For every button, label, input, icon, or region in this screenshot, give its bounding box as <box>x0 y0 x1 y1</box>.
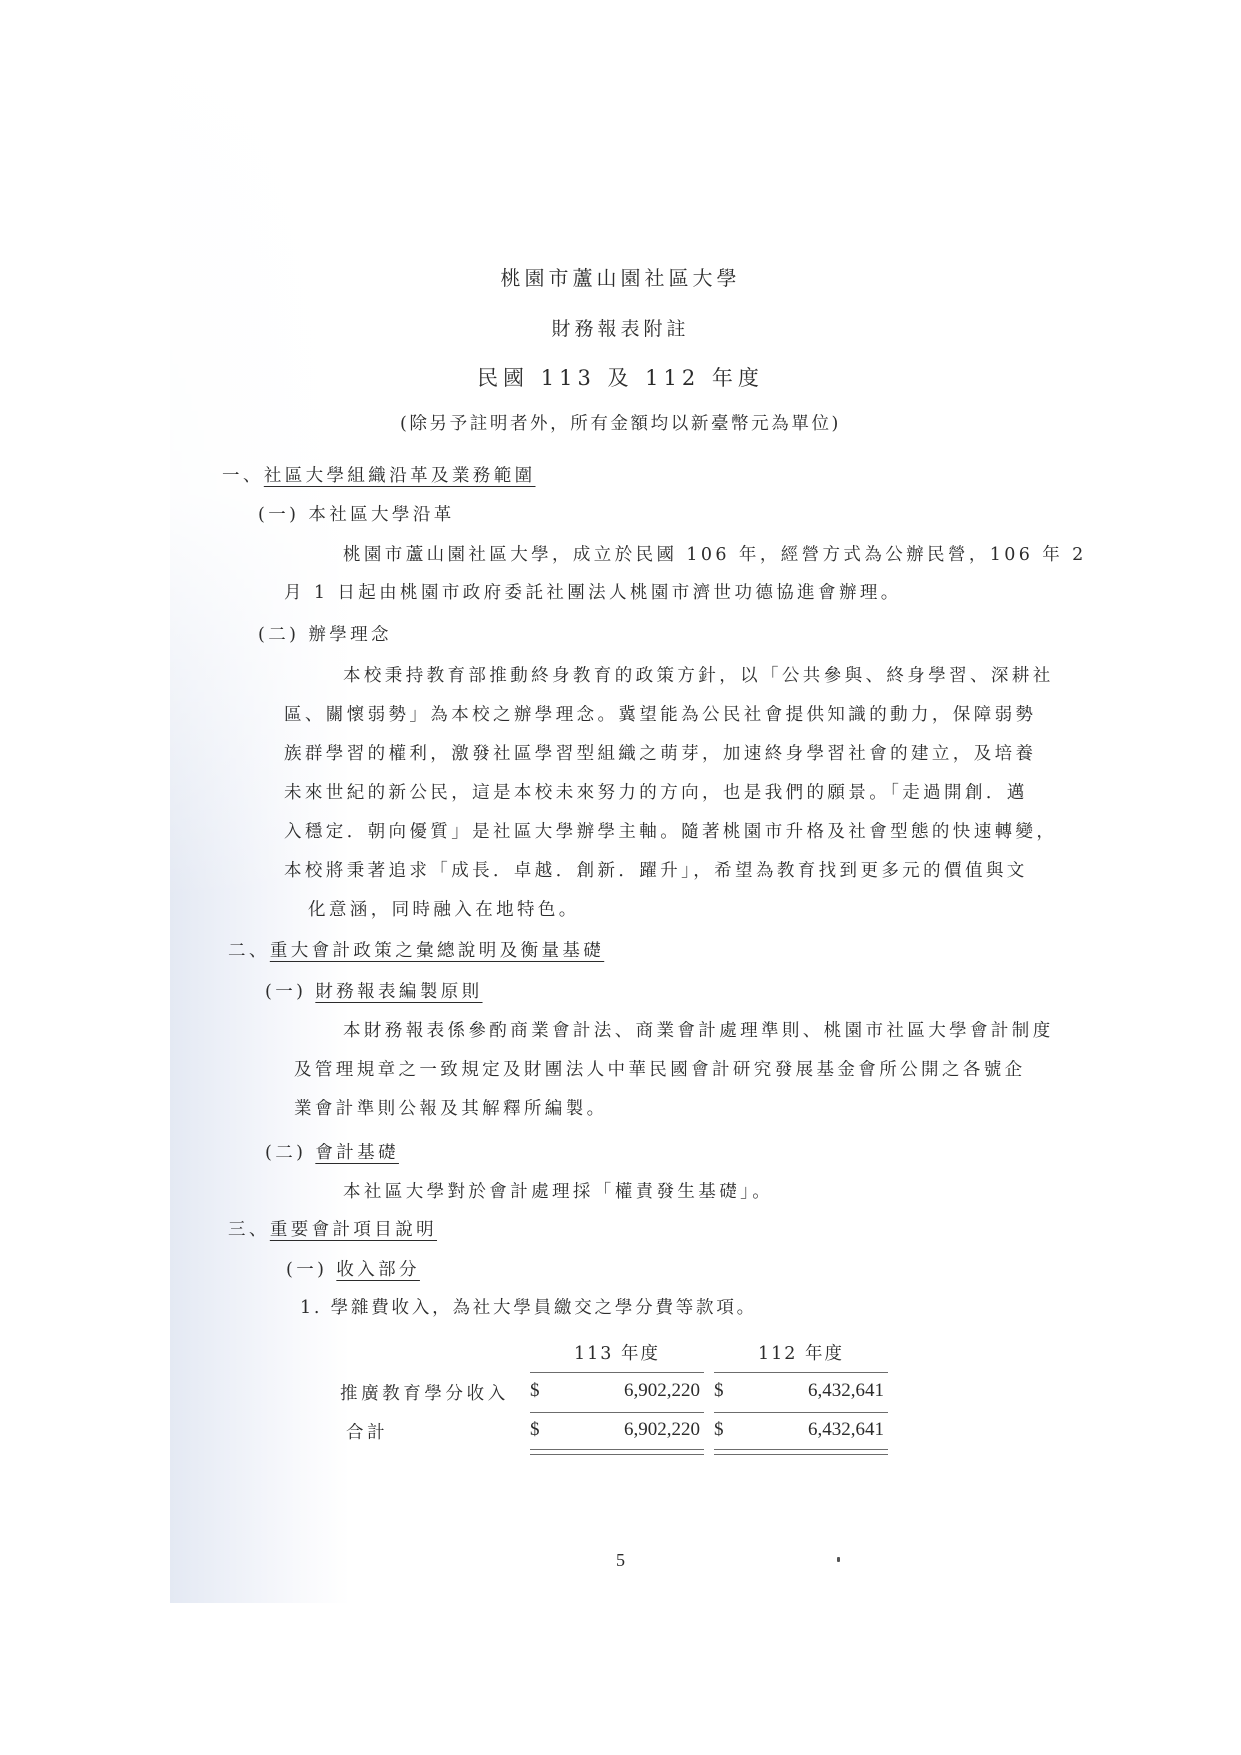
paragraph-line: 本校將秉著追求「成長．卓越．創新．躍升」，希望為教育找到更多元的價值與文 <box>284 859 1028 883</box>
paragraph-line: 本財務報表係參酌商業會計法、商業會計處理準則、桃園市社區大學會計制度 <box>343 1019 1054 1043</box>
paragraph-line: 及管理規章之一致規定及財團法人中華民國會計研究發展基金會所公開之各號企 <box>294 1058 1026 1082</box>
section-title: 重要會計項目說明 <box>270 1220 437 1240</box>
table-cell: $ 6,902,220 <box>530 1419 700 1443</box>
paragraph-line: 化意涵，同時融入在地特色。 <box>308 898 580 922</box>
subsection-title: 辦學理念 <box>308 625 392 645</box>
section-heading-1: 一、社區大學組織沿革及業務範圍 <box>222 464 536 488</box>
paragraph-line: 月 1 日起由桃園市政府委託社團法人桃園市濟世功德協進會辦理。 <box>284 581 902 605</box>
section-number: 一、 <box>222 466 264 486</box>
table-cell: $ 6,902,220 <box>530 1380 700 1404</box>
amount-value: 6,432,641 <box>808 1419 884 1441</box>
row-label-total: 合計 <box>346 1419 388 1444</box>
table-cell: $ 6,432,641 <box>714 1419 884 1443</box>
paragraph-line: 業會計準則公報及其解釋所編製。 <box>294 1097 608 1121</box>
subsection-heading-2-2: (二) 會計基礎 <box>265 1141 399 1165</box>
amount-value: 6,432,641 <box>808 1380 884 1402</box>
document-title: 財務報表附註 <box>0 314 1241 341</box>
row-label: 推廣教育學分收入 <box>340 1380 509 1405</box>
subsection-heading-3-1: (一) 收入部分 <box>286 1258 420 1282</box>
section-number: 二、 <box>228 941 270 961</box>
paragraph-line: 入穩定．朝向優質」是社區大學辦學主軸。隨著桃園市升格及社會型態的快速轉變， <box>284 820 1057 844</box>
subsection-title: 會計基礎 <box>315 1143 399 1163</box>
subsection-number: (一) <box>258 505 299 525</box>
section-title: 社區大學組織沿革及業務範圍 <box>264 466 536 486</box>
currency-symbol: $ <box>530 1419 540 1441</box>
subsection-title: 收入部分 <box>336 1260 420 1280</box>
paragraph-line: 桃園市蘆山園社區大學，成立於民國 106 年，經營方式為公辦民營，106 年 2 <box>343 543 1087 567</box>
section-heading-3: 三、重要會計項目說明 <box>228 1218 437 1242</box>
list-item: 1. 學雜費收入，為社大學員繳交之學分費等款項。 <box>300 1296 757 1320</box>
amount-value: 6,902,220 <box>624 1419 700 1441</box>
organization-title: 桃園市蘆山園社區大學 <box>0 262 1241 291</box>
paragraph-line: 族群學習的權利，激發社區學習型組織之萌芽，加速終身學習社會的建立，及培養 <box>284 742 1036 766</box>
currency-symbol: $ <box>714 1380 724 1402</box>
subsection-number: (二) <box>265 1143 306 1163</box>
subsection-heading-1-2: (二) 辦學理念 <box>258 623 392 647</box>
currency-symbol: $ <box>714 1419 724 1441</box>
section-heading-2: 二、重大會計政策之彙總說明及衡量基礎 <box>228 939 604 963</box>
section-number: 三、 <box>228 1220 270 1240</box>
page-number: 5 <box>0 1550 1241 1571</box>
subsection-heading-2-1: (一) 財務報表編製原則 <box>265 980 483 1004</box>
column-header: 112 年度 <box>714 1340 888 1365</box>
paragraph-line: 未來世紀的新公民，這是本校未來努力的方向，也是我們的願景。「走過開創．邁 <box>284 781 1028 805</box>
scan-speck <box>837 1557 840 1562</box>
paragraph-line: 本校秉持教育部推動終身教育的政策方針，以「公共參與、終身學習、深耕社 <box>343 664 1054 688</box>
table-cell: $ 6,432,641 <box>714 1380 884 1404</box>
amount-value: 6,902,220 <box>624 1380 700 1402</box>
paragraph-line: 本社區大學對於會計處理採「權責發生基礎」。 <box>343 1180 773 1204</box>
subsection-number: (一) <box>265 982 306 1002</box>
total-double-rule <box>530 1449 704 1455</box>
period-title: 民國 113 及 112 年度 <box>0 362 1241 392</box>
total-double-rule <box>714 1449 888 1455</box>
subsection-title: 本社區大學沿革 <box>308 505 454 525</box>
subsection-number: (二) <box>258 625 299 645</box>
paragraph-line: 區、關懷弱勢」為本校之辦學理念。冀望能為公民社會提供知識的動力，保障弱勢 <box>284 703 1036 727</box>
subsection-heading-1-1: (一) 本社區大學沿革 <box>258 503 455 527</box>
column-header: 113 年度 <box>530 1340 704 1365</box>
row-rule <box>714 1412 888 1413</box>
row-rule <box>530 1412 704 1413</box>
header-rule <box>530 1372 704 1373</box>
unit-note: (除另予註明者外，所有金額均以新臺幣元為單位) <box>0 410 1241 435</box>
header-rule <box>714 1372 888 1373</box>
subsection-title: 財務報表編製原則 <box>315 982 482 1002</box>
subsection-number: (一) <box>286 1260 327 1280</box>
section-title: 重大會計政策之彙總說明及衡量基礎 <box>270 941 604 961</box>
currency-symbol: $ <box>530 1380 540 1402</box>
